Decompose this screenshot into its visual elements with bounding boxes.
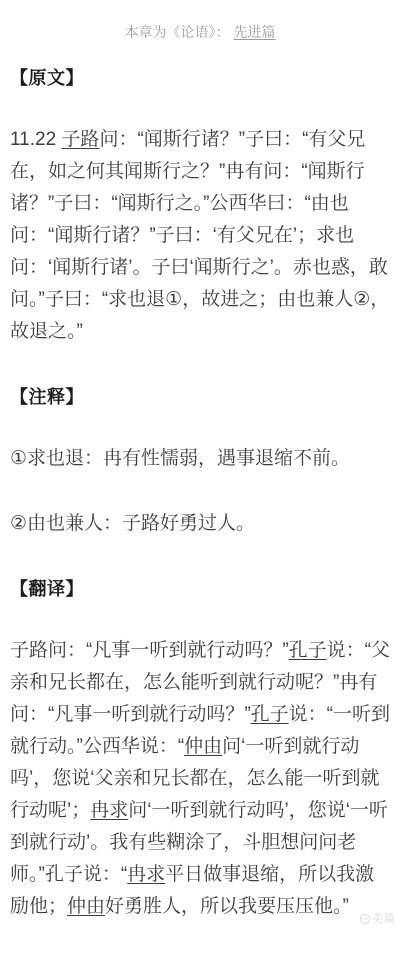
- article-page: 本章为《论语》：先进篇 【原文】 11.22 子路问：“闻斯行诸？”子曰：“有父…: [0, 0, 400, 953]
- text-run: 问：“闻斯行诸？”子曰：“有父兄在，如之何其闻斯行之？”冉有问：“闻斯行诸？”子…: [10, 129, 389, 342]
- section-heading-notes: 【注释】: [10, 385, 390, 410]
- person-name-link[interactable]: 仲由: [184, 736, 222, 757]
- translation-text-body: 子路问：“凡事一听到就行动吗？”孔子说：“父亲和兄长都在，怎么能听到就行动呢？”…: [10, 635, 390, 923]
- chapter-prefix-label: 本章为《论语》：: [125, 24, 230, 40]
- paragraph: 11.22 子路问：“闻斯行诸？”子曰：“有父兄在，如之何其闻斯行之？”冉有问：…: [10, 124, 390, 348]
- person-name-link[interactable]: 冉求: [90, 800, 128, 821]
- text-run: 11.22: [10, 129, 61, 150]
- text-run: ②由也兼人：子路好勇过人。: [10, 513, 255, 534]
- original-text-body: 11.22 子路问：“闻斯行诸？”子曰：“有父兄在，如之何其闻斯行之？”冉有问：…: [10, 124, 390, 348]
- section-heading-original: 【原文】: [10, 66, 390, 91]
- paragraph: ①求也退：冉有性懦弱，遇事退缩不前。: [10, 443, 390, 475]
- chapter-link[interactable]: 先进篇: [234, 24, 276, 40]
- notes-text-body: ①求也退：冉有性懦弱，遇事退缩不前。②由也兼人：子路好勇过人。: [10, 443, 390, 540]
- watermark: 美篇: [360, 913, 396, 925]
- watermark-label: 美篇: [372, 913, 396, 925]
- person-name-link[interactable]: 仲由: [67, 896, 105, 917]
- person-name-link[interactable]: 孔子: [289, 640, 327, 661]
- section-heading-translation: 【翻译】: [10, 577, 390, 602]
- text-run: 子路问：“凡事一听到就行动吗？”: [10, 640, 289, 661]
- meipian-logo-icon: [360, 914, 370, 924]
- paragraph: ②由也兼人：子路好勇过人。: [10, 508, 390, 540]
- paragraph: 子路问：“凡事一听到就行动吗？”孔子说：“父亲和兄长都在，怎么能听到就行动呢？”…: [10, 635, 390, 923]
- text-run: 好勇胜人，所以我要压压他。”: [105, 896, 349, 917]
- person-name-link[interactable]: 孔子: [251, 704, 289, 725]
- person-name-link[interactable]: 冉求: [127, 864, 165, 885]
- person-name-link[interactable]: 子路: [61, 129, 99, 150]
- text-run: ①求也退：冉有性懦弱，遇事退缩不前。: [10, 448, 350, 469]
- breadcrumb: 本章为《论语》：先进篇: [10, 0, 390, 42]
